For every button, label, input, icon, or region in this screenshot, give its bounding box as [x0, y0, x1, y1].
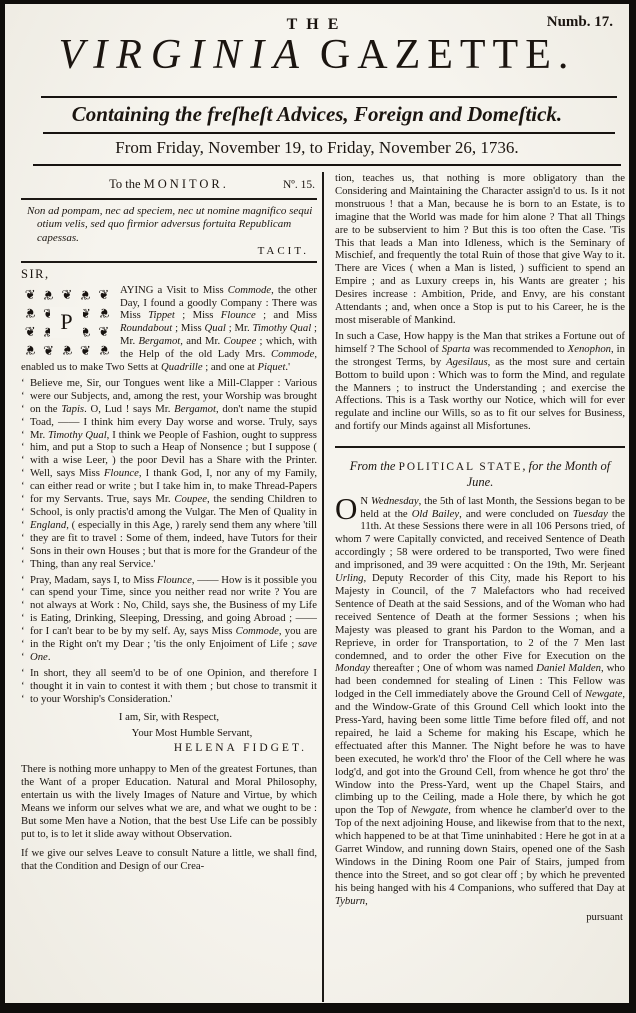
monitor-heading-row: To the MONITOR. Nº. 15. [21, 178, 317, 195]
newspaper-page: THE Numb. 17. VIRGINIAGAZETTE. Containin… [0, 0, 636, 1013]
monitor-heading: To the MONITOR. [109, 177, 229, 191]
left-column: To the MONITOR. Nº. 15. Non ad pompam, n… [21, 172, 317, 1006]
salutation: SIR, [21, 268, 317, 281]
section-divider-rule [335, 446, 625, 448]
right-column: tion, teaches us, that nothing is more o… [335, 172, 625, 1006]
letter-paragraph-2: Believe me, Sir, our Tongues went like a… [30, 377, 317, 571]
masthead-rule-bottom [33, 164, 621, 166]
masthead-title-gazette: GAZETTE. [320, 32, 575, 78]
masthead-title-virginia: VIRGINIA [59, 32, 308, 78]
ornamental-dropcap-block: ❦❦❦❦❦❦❦❦❦❦❦❦❦❦❦❦❦❦❦❦ P [21, 286, 113, 360]
dropcap-letter-o: O [335, 496, 357, 521]
old-bailey-paragraph: ON Wednesday, the 5th of last Month, the… [335, 495, 625, 908]
editorial-paragraph-sparta: In such a Case, How happy is the Man tha… [335, 330, 625, 433]
letter-paragraph-4: In short, they all seem'd to be of one O… [30, 667, 317, 706]
masthead-subtitle: Containing the freſheſt Advices, Foreign… [5, 102, 629, 127]
letter-paragraph-1: ❦❦❦❦❦❦❦❦❦❦❦❦❦❦❦❦❦❦❦❦ P AYING a Visit to … [21, 284, 317, 374]
old-bailey-paragraph-text: N Wednesday, the 5th of last Month, the … [335, 495, 625, 907]
quote-mark-gutter: ‘ ‘ ‘ ‘ ‘ ‘ ‘ [21, 574, 25, 664]
left-rule-1 [21, 198, 317, 200]
letter-closing-line-1: I am, Sir, with Respect, [21, 711, 317, 724]
column-divider-rule [322, 172, 324, 1002]
editorial-paragraph-1: There is nothing more unhappy to Men of … [21, 763, 317, 840]
political-state-heading-month: June. [467, 475, 494, 489]
letter-paragraph-3: Pray, Madam, says I, to Miss Flounce, ——… [30, 574, 317, 664]
issue-number: Numb. 17. [547, 14, 613, 31]
masthead-title: VIRGINIAGAZETTE. [5, 31, 629, 79]
latin-epigraph: Non ad pompam, nec ad speciem, nec ut no… [25, 205, 317, 246]
quote-mark-gutter: ‘ ‘ ‘ [21, 667, 25, 706]
masthead-rule-middle [43, 132, 615, 134]
editorial-continuation-paragraph: tion, teaches us, that nothing is more o… [335, 172, 625, 327]
masthead-rule-top [41, 96, 617, 98]
masthead-dateline: From Friday, November 19, to Friday, Nov… [5, 138, 629, 158]
epigraph-attribution: TACIT. [21, 245, 309, 258]
political-state-heading: From the POLITICAL STATE, for the Month … [335, 459, 625, 490]
monitor-number: Nº. 15. [283, 179, 315, 192]
letter-closing-line-2: Your Most Humble Servant, [67, 727, 317, 740]
dropcap-letter-p: P [50, 307, 83, 338]
letter-signature: HELENA FIDGET. [21, 742, 307, 755]
catchword: pursuant [335, 911, 623, 924]
left-rule-2 [21, 261, 317, 263]
quote-mark-gutter: ‘ ‘ ‘ ‘ ‘ ‘ ‘ ‘ ‘ ‘ ‘ ‘ ‘ ‘ ‘ [21, 377, 25, 571]
editorial-paragraph-2: If we give our selves Leave to consult N… [21, 847, 317, 873]
